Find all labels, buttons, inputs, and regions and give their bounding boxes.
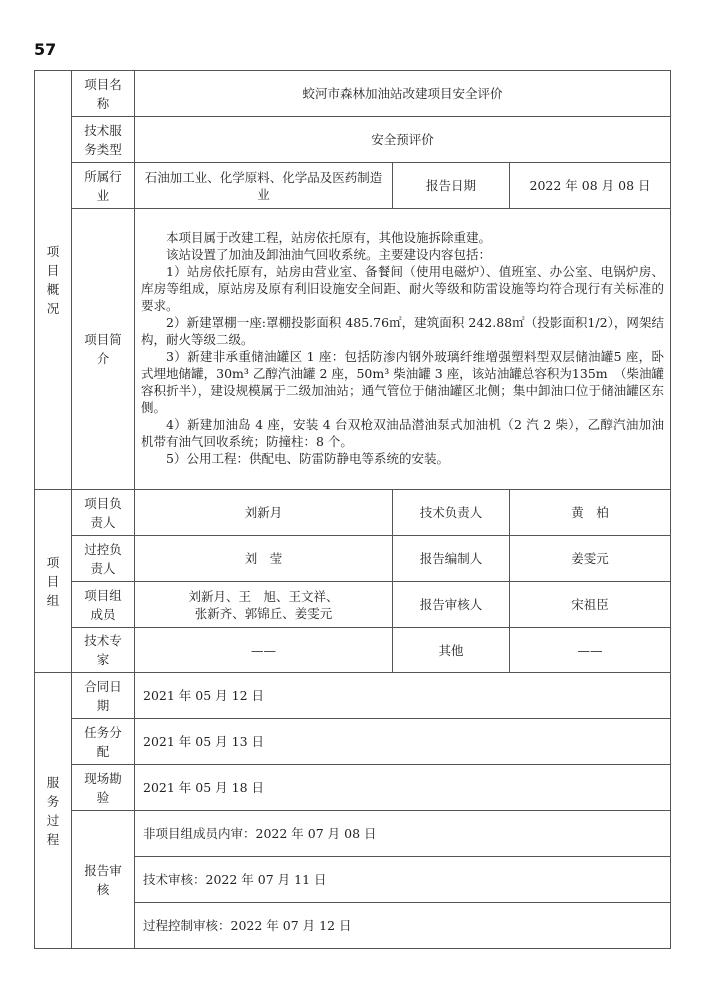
report-date: 2022 年 08 月 08 日 bbox=[510, 163, 671, 209]
service-type-label: 技术服务类型 bbox=[72, 117, 135, 163]
process-value: 2021 年 05 月 12 日 bbox=[135, 673, 671, 719]
section-team: 项目组 bbox=[35, 490, 72, 673]
industry: 石油加工业、化学原料、化学品及医药制造业 bbox=[135, 163, 393, 209]
report-date-label: 报告日期 bbox=[393, 163, 510, 209]
intro-paragraph: 1）站房依托原有，站房由营业室、备餐间（使用电磁炉）、值班室、办公室、电锅炉房、… bbox=[141, 263, 664, 314]
intro-paragraph: 2）新建罩棚一座:罩棚投影面积 485.76㎡，建筑面积 242.88㎡（投影面… bbox=[141, 314, 664, 348]
industry-label: 所属行业 bbox=[72, 163, 135, 209]
process-label: 合同日期 bbox=[72, 673, 135, 719]
team-label-2: 技术负责人 bbox=[393, 490, 510, 536]
team-label: 技术专家 bbox=[72, 628, 135, 673]
project-name: 蛟河市森林加油站改建项目安全评价 bbox=[135, 71, 671, 117]
team-value-2: —— bbox=[510, 628, 671, 673]
page-number: 57 bbox=[34, 40, 56, 59]
process-label: 任务分配 bbox=[72, 719, 135, 765]
team-label: 项目负责人 bbox=[72, 490, 135, 536]
process-value: 2021 年 05 月 18 日 bbox=[135, 765, 671, 811]
team-label-2: 报告编制人 bbox=[393, 536, 510, 582]
review-label: 报告审核 bbox=[72, 811, 135, 949]
review-item: 非项目组成员内审：2022 年 07 月 08 日 bbox=[135, 811, 671, 857]
intro-paragraph: 5）公用工程：供配电、防雷防静电等系统的安装。 bbox=[141, 450, 664, 467]
team-label: 过控负责人 bbox=[72, 536, 135, 582]
project-name-label: 项目名称 bbox=[72, 71, 135, 117]
intro-paragraph: 该站设置了加油及卸油油气回收系统。主要建设内容包括： bbox=[141, 246, 664, 263]
intro-paragraph: 本项目属于改建工程，站房依托原有，其他设施拆除重建。 bbox=[141, 229, 664, 246]
project-info-table: 项目概况 项目名称 蛟河市森林加油站改建项目安全评价 技术服务类型 安全预评价 … bbox=[34, 70, 671, 949]
service-type: 安全预评价 bbox=[135, 117, 671, 163]
team-value: —— bbox=[135, 628, 393, 673]
team-value: 刘 莹 bbox=[135, 536, 393, 582]
intro-paragraph: 4）新建加油岛 4 座，安装 4 台双枪双油品潜油泵式加油机（2 汽 2 柴），… bbox=[141, 416, 664, 450]
team-label: 项目组成员 bbox=[72, 582, 135, 628]
review-item: 过程控制审核：2022 年 07 月 12 日 bbox=[135, 903, 671, 949]
review-item: 技术审核：2022 年 07 月 11 日 bbox=[135, 857, 671, 903]
intro-paragraph: 3）新建非承重储油罐区 1 座：包括防渗内钢外玻璃纤维增强塑料型双层储油罐5 座… bbox=[141, 348, 664, 416]
process-value: 2021 年 05 月 13 日 bbox=[135, 719, 671, 765]
process-label: 现场勘验 bbox=[72, 765, 135, 811]
team-value: 刘新月 bbox=[135, 490, 393, 536]
section-overview: 项目概况 bbox=[35, 71, 72, 490]
team-label-2: 其他 bbox=[393, 628, 510, 673]
project-intro: 本项目属于改建工程，站房依托原有，其他设施拆除重建。 该站设置了加油及卸油油气回… bbox=[135, 209, 671, 490]
team-value-2: 姜雯元 bbox=[510, 536, 671, 582]
team-value-2: 黄 柏 bbox=[510, 490, 671, 536]
team-label-2: 报告审核人 bbox=[393, 582, 510, 628]
team-value-2: 宋祖臣 bbox=[510, 582, 671, 628]
intro-label: 项目简介 bbox=[72, 209, 135, 490]
team-members: 刘新月、王 旭、王文祥、 张新齐、郭锦丘、姜雯元 bbox=[135, 582, 393, 628]
section-process: 服务过程 bbox=[35, 673, 72, 949]
